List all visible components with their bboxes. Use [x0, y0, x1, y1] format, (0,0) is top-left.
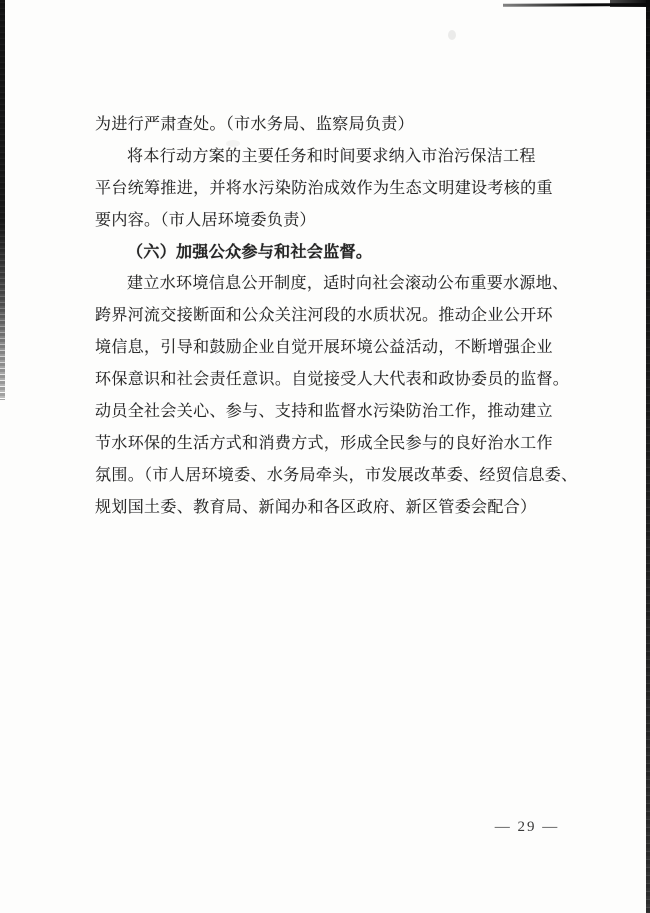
scan-artifact-right-edge [646, 0, 650, 913]
text-line: 跨界河流交接断面和公众关注河段的水质状况。推动企业公开环 [95, 300, 559, 332]
document-page: 为进行严肃查处。（市水务局、监察局负责） 将本行动方案的主要任务和时间要求纳入市… [0, 0, 650, 913]
body-text: 为进行严肃查处。（市水务局、监察局负责） 将本行动方案的主要任务和时间要求纳入市… [95, 109, 559, 524]
text-line: 为进行严肃查处。（市水务局、监察局负责） [95, 109, 559, 141]
page-number: — 29 — [492, 819, 562, 836]
text-line: 规划国土委、教育局、新闻办和各区政府、新区管委会配合） [95, 492, 559, 524]
text-line: 要内容。（市人居环境委负责） [95, 205, 559, 237]
text-line: 境信息，引导和鼓励企业自觉开展环境公益活动，不断增强企业 [95, 332, 559, 364]
text-line: 建立水环境信息公开制度，适时向社会滚动公布重要水源地、 [95, 268, 559, 300]
scan-artifact-left-edge [0, 0, 5, 400]
text-line: 节水环保的生活方式和消费方式，形成全民参与的良好治水工作 [95, 428, 559, 460]
text-line: 动员全社会关心、参与、支持和监督水污染防治工作，推动建立 [95, 396, 559, 428]
text-line: 氛围。（市人居环境委、水务局牵头，市发展改革委、经贸信息委、 [95, 460, 559, 492]
text-line: 平台统筹推进，并将水污染防治成效作为生态文明建设考核的重 [95, 173, 559, 205]
section-heading: （六）加强公众参与和社会监督。 [95, 237, 559, 269]
scan-artifact-top-corner [610, 0, 650, 7]
scan-smudge [448, 30, 456, 40]
text-line: 将本行动方案的主要任务和时间要求纳入市治污保洁工程 [95, 141, 559, 173]
text-line: 环保意识和社会责任意识。自觉接受人大代表和政协委员的监督。 [95, 364, 559, 396]
